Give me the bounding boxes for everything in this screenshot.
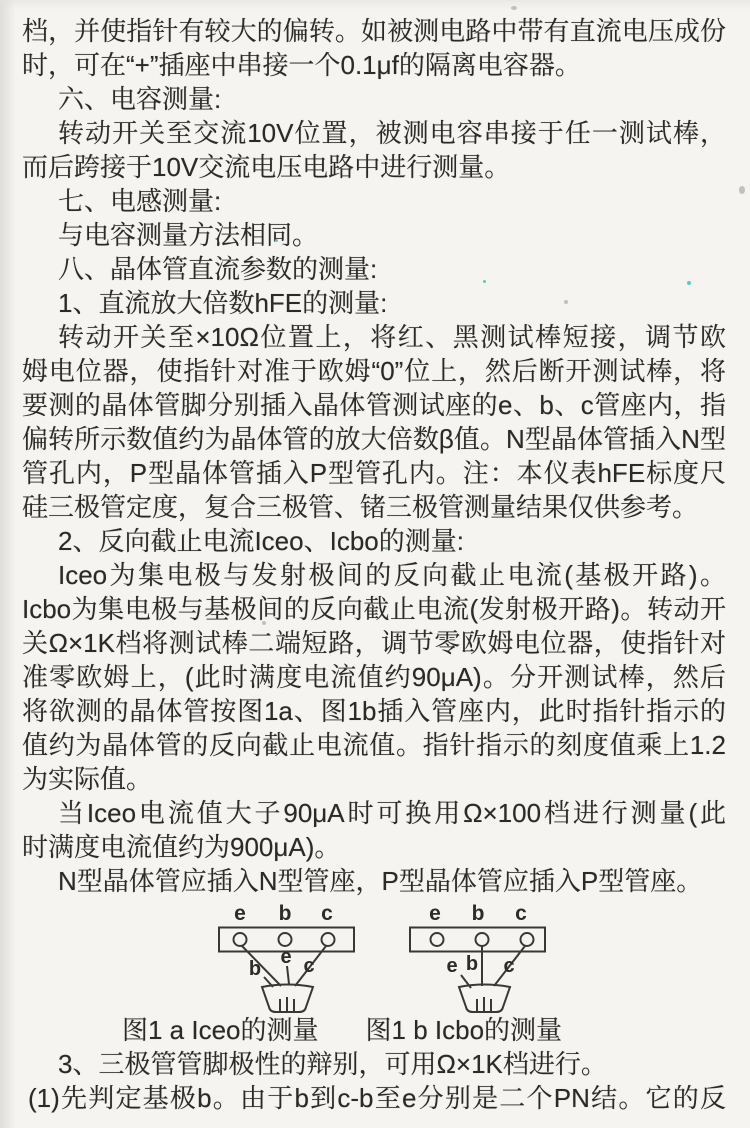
socket-hole-b [476, 933, 489, 946]
scanned-manual-page: 档，并使指针有较大的偏转。如被测电路中带有直流电压成份 时，可在“+”插座中串接… [0, 0, 750, 1128]
text-line: 将欲测的晶体管按图1a、图1b插入管座内，此时指针指示的数 [22, 694, 726, 728]
scan-noise [739, 186, 745, 194]
figure-1: e b c b e c e b c [215, 900, 726, 1013]
text-line: 为实际值。 [22, 762, 726, 796]
scan-noise [483, 280, 486, 283]
socket-hole-c [322, 933, 335, 946]
transistor-legs-icon [280, 997, 294, 1011]
socket-hole-e [431, 933, 444, 946]
socket-hole-c [521, 933, 534, 946]
text-line: 管孔内，P型晶体管插入P型管孔内。注：本仪表hFE标度尺按 [22, 456, 726, 490]
text-line: 准零欧姆上，(此时满度电流值约90μA)。分开测试棒，然后 [22, 660, 726, 694]
text-line: 而后跨接于10V交流电压电路中进行测量。 [22, 150, 726, 184]
pin-label-b: b [466, 953, 478, 975]
text-line: 要测的晶体管脚分别插入晶体管测试座的e、b、c管座内，指针 [22, 388, 726, 422]
item-3-heading: 3、三极管管脚极性的辩别，可用Ω×1K档进行。 [22, 1047, 726, 1081]
text-line: 与电容测量方法相同。 [22, 218, 726, 252]
lead-stub [287, 966, 289, 984]
transistor-legs-icon [477, 997, 491, 1011]
item-1-heading: 1、直流放大倍数hFE的测量: [22, 286, 726, 320]
socket-hole-e [234, 933, 247, 946]
socket-label-b: b [279, 902, 292, 925]
scan-noise [275, 239, 278, 242]
pin-label-b: b [249, 958, 261, 980]
text-line: (1)先判定基极b。由于b到c-b至e分别是二个PN结。它的反 [22, 1081, 726, 1115]
text-line: Icbo为集电极与基极间的反向截止电流(发射极开路)。转动开 [22, 592, 726, 626]
scan-noise [564, 300, 568, 304]
text-line: 时，可在“+”插座中串接一个0.1μf的隔离电容器。 [22, 48, 726, 82]
figure-1a-caption: 图1 a Iceo的测量 [122, 1013, 319, 1047]
figure-1b-caption: 图1 b Icbo的测量 [366, 1013, 563, 1047]
body-text-column: 档，并使指针有较大的偏转。如被测电路中带有直流电压成份 时，可在“+”插座中串接… [22, 14, 726, 1115]
text-line: 档，并使指针有较大的偏转。如被测电路中带有直流电压成份 [22, 14, 726, 48]
text-line: 转动开关至×10Ω位置上，将红、黑测试棒短接，调节欧 [22, 320, 726, 354]
text-line: 硅三极管定度，复合三极管、锗三极管测量结果仅供参考。 [22, 490, 726, 524]
text-line: 时满度电流值约为900μA)。 [22, 830, 726, 864]
scan-noise [687, 281, 691, 285]
text-line: 当Iceo电流值大子90μA时可换用Ω×100档进行测量(此 [22, 796, 726, 830]
section-6-heading: 六、电容测量: [22, 82, 726, 116]
text-line: N型晶体管应插入N型管座，P型晶体管应插入P型管座。 [22, 864, 726, 898]
scan-noise [262, 621, 266, 625]
figure-captions: 图1 a Iceo的测量 图1 b Icbo的测量 [122, 1013, 726, 1047]
text-line: 值约为晶体管的反向截止电流值。指针指示的刻度值乘上1.2即 [22, 728, 726, 762]
section-8-heading: 八、晶体管直流参数的测量: [22, 252, 726, 286]
pin-label-e: e [280, 946, 291, 968]
socket-hole-b [279, 933, 292, 946]
socket-label-b: b [472, 902, 485, 925]
figure-1b-diagram: e b c e b c [405, 900, 555, 1013]
text-line: 转动开关至交流10V位置，被测电容串接于任一测试棒， [22, 116, 726, 150]
item-2-heading: 2、反向截止电流Iceo、Icbo的测量: [22, 524, 726, 558]
text-line: 偏转所示数值约为晶体管的放大倍数β值。N型晶体管插入N型 [22, 422, 726, 456]
pin-label-e: e [446, 955, 457, 977]
scan-noise [511, 6, 517, 10]
scan-noise [385, 547, 388, 550]
pin-label-c: c [503, 955, 514, 977]
socket-label-e: e [429, 902, 441, 925]
text-line: 关Ω×1K档将测试棒二端短路，调节零欧姆电位器，使指针对 [22, 626, 726, 660]
socket-label-c: c [321, 902, 333, 925]
section-7-heading: 七、电感测量: [22, 184, 726, 218]
text-line: Iceo为集电极与发射极间的反向截止电流(基极开路)。 [22, 558, 726, 592]
text-line: 姆电位器，使指针对准于欧姆“0”位上，然后断开测试棒，将 [22, 354, 726, 388]
figure-1a-diagram: e b c b e c [215, 900, 365, 1013]
pin-label-c: c [303, 955, 314, 977]
socket-label-e: e [234, 902, 246, 925]
socket-label-c: c [515, 902, 527, 925]
